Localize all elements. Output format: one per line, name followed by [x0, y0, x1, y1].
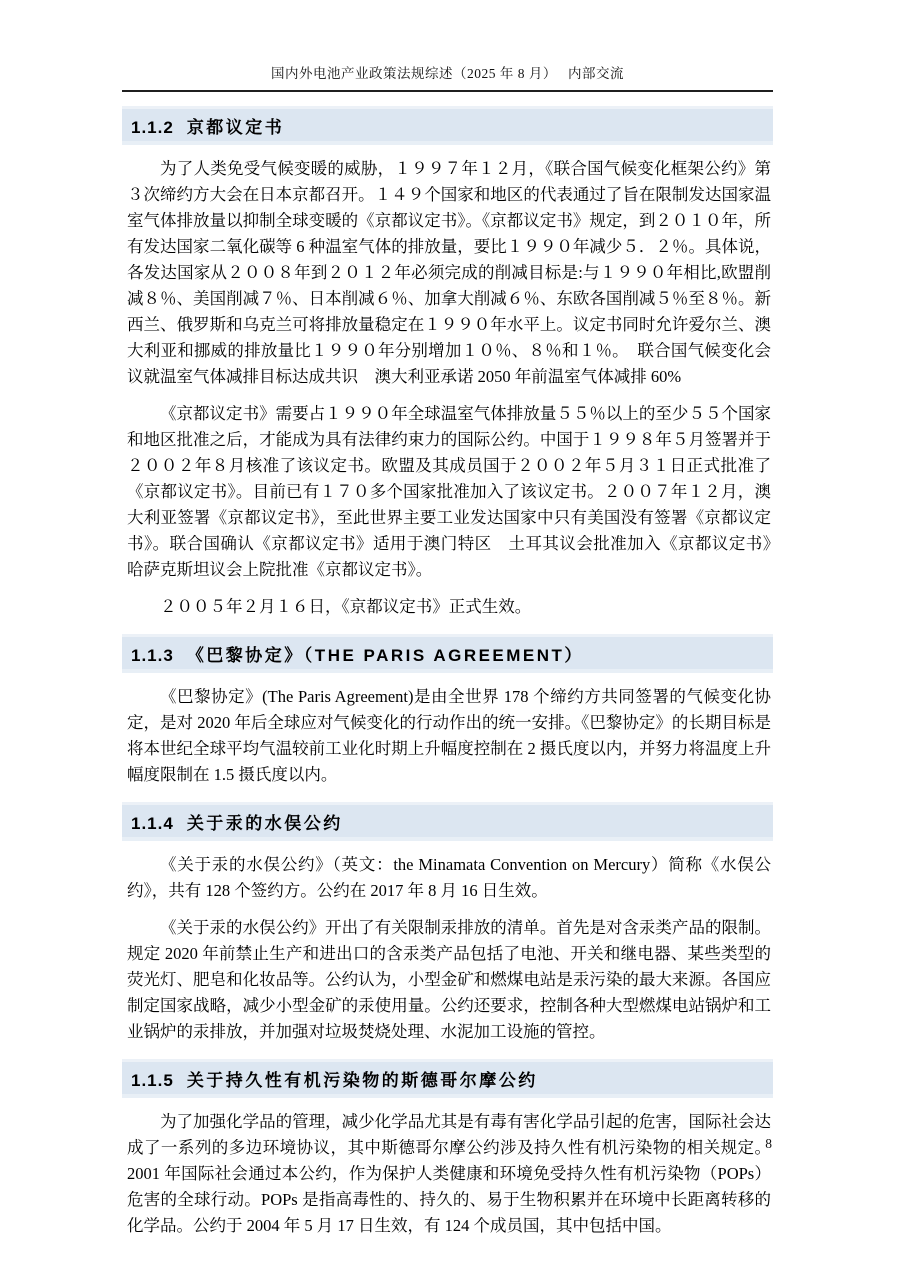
paragraph: 《关于汞的水俣公约》（英文：the Minamata Convention on…: [127, 852, 771, 904]
section-minamata-convention: 1.1.4关于汞的水俣公约 《关于汞的水俣公约》（英文：the Minamata…: [122, 802, 773, 1045]
heading-title: 关于持久性有机污染物的斯德哥尔摩公约: [187, 1071, 538, 1090]
paragraph: 为了人类免受气候变暖的威胁，１９９７年１２月，《联合国气候变化框架公约》第３次缔…: [127, 156, 771, 390]
page-number: 8: [765, 1136, 772, 1152]
heading-title: 《巴黎协定》（THE PARIS AGREEMENT）: [187, 646, 584, 665]
section-heading-1-1-3: 1.1.3《巴黎协定》（THE PARIS AGREEMENT）: [122, 634, 773, 673]
paragraph: ２００５年２月１６日，《京都议定书》正式生效。: [127, 594, 771, 620]
paragraph: 《关于汞的水俣公约》开出了有关限制汞排放的清单。首先是对含汞类产品的限制。规定 …: [127, 915, 771, 1045]
paragraph: 为了加强化学品的管理，减少化学品尤其是有毒有害化学品引起的危害，国际社会达成了一…: [127, 1109, 771, 1239]
heading-number: 1.1.3: [131, 646, 174, 665]
heading-number: 1.1.4: [131, 814, 174, 833]
header-title: 国内外电池产业政策法规综述（2025 年 8 月） 内部交流: [271, 66, 624, 81]
section-kyoto-protocol: 1.1.2京都议定书 为了人类免受气候变暖的威胁，１９９７年１２月，《联合国气候…: [122, 106, 773, 620]
page-header: 国内外电池产业政策法规综述（2025 年 8 月） 内部交流: [122, 62, 773, 92]
heading-number: 1.1.2: [131, 118, 174, 137]
heading-title: 京都议定书: [187, 118, 285, 137]
heading-number: 1.1.5: [131, 1071, 174, 1090]
heading-title: 关于汞的水俣公约: [187, 814, 343, 833]
section-heading-1-1-2: 1.1.2京都议定书: [122, 106, 773, 145]
section-paris-agreement: 1.1.3《巴黎协定》（THE PARIS AGREEMENT） 《巴黎协定》(…: [122, 634, 773, 788]
document-page: 国内外电池产业政策法规综述（2025 年 8 月） 内部交流 1.1.2京都议定…: [122, 0, 773, 1252]
paragraph: 《巴黎协定》(The Paris Agreement)是由全世界 178 个缔约…: [127, 684, 771, 788]
section-heading-1-1-5: 1.1.5关于持久性有机污染物的斯德哥尔摩公约: [122, 1059, 773, 1098]
paragraph: 《京都议定书》需要占１９９０年全球温室气体排放量５５％以上的至少５５个国家和地区…: [127, 401, 771, 583]
section-heading-1-1-4: 1.1.4关于汞的水俣公约: [122, 802, 773, 841]
section-stockholm-convention: 1.1.5关于持久性有机污染物的斯德哥尔摩公约 为了加强化学品的管理，减少化学品…: [122, 1059, 773, 1239]
